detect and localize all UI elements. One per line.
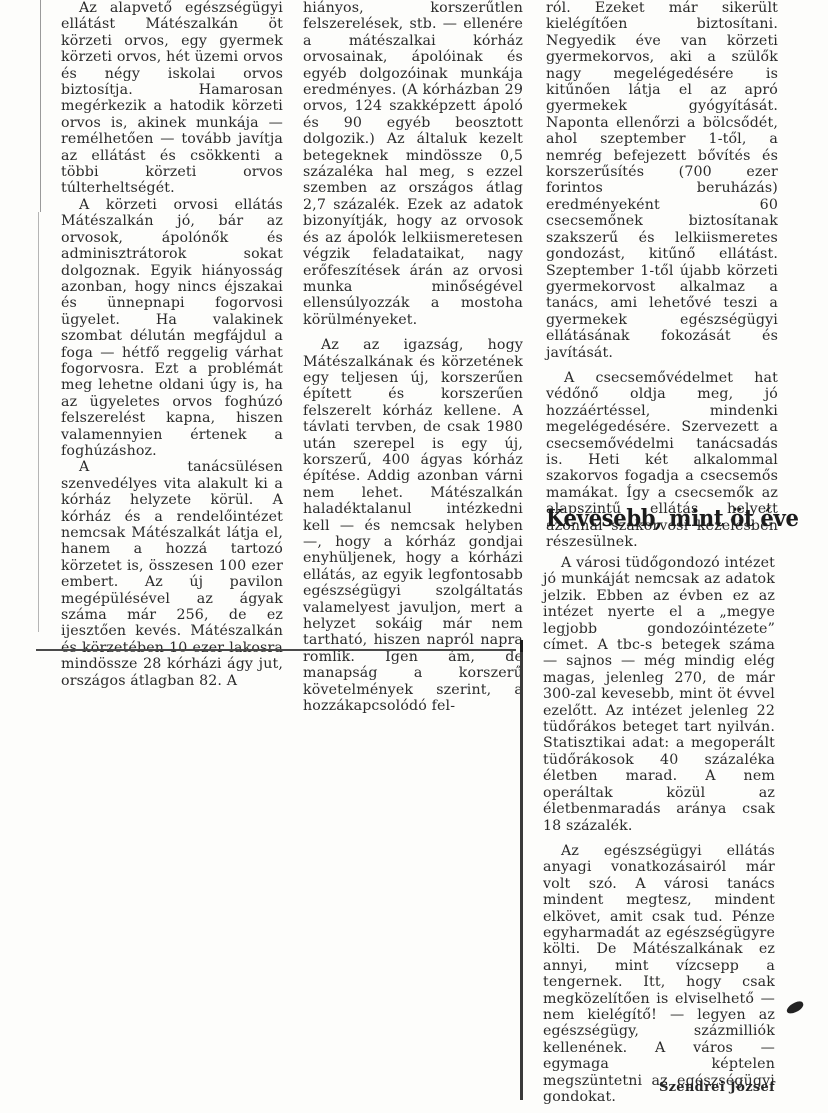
ink-blot (785, 1000, 805, 1016)
scan-edge-line (40, 0, 41, 212)
paragraph: Az az igazság, hogy Mátészalkának és kör… (303, 337, 523, 714)
newspaper-page: Az alapvető egészségügyi ellátást Mátész… (0, 0, 828, 1113)
paragraph: A városi tüdőgondozó intézet jó munkáját… (543, 555, 775, 834)
paragraph: hiányos, korszerűtlen felszerelések, stb… (303, 0, 523, 328)
scan-edge-line (38, 212, 39, 632)
horizontal-rule (36, 649, 516, 651)
column-left: Az alapvető egészségügyi ellátást Mátész… (61, 0, 283, 689)
paragraph: Az alapvető egészségügyi ellátást Mátész… (61, 0, 283, 197)
vertical-rule (520, 652, 523, 1100)
paragraph: ról. Ezeket már sikerült kielégítően biz… (546, 0, 778, 361)
paragraph: A körzeti orvosi ellátás Mátészalkán jó,… (61, 197, 283, 460)
section-headline: Kevesebb, mint öt éve (546, 505, 767, 532)
byline: Szendrei József (620, 1080, 775, 1095)
column-boxed-section: A városi tüdőgondozó intézet jó munkáját… (543, 555, 775, 1105)
paragraph: Az egészségügyi ellátás anyagi vonatkozá… (543, 843, 775, 1106)
column-right: ról. Ezeket már sikerült kielégítően biz… (546, 0, 778, 550)
column-middle: hiányos, korszerűtlen felszerelések, stb… (303, 0, 523, 714)
paragraph: A tanácsülésen szenvedélyes vita alakult… (61, 459, 283, 689)
